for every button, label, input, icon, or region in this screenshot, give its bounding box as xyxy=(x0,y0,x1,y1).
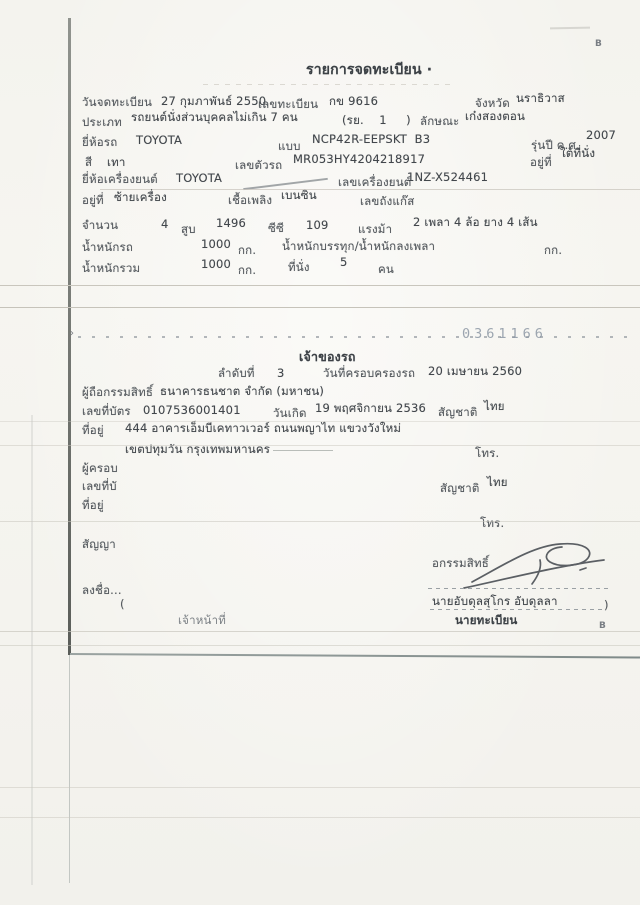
faint-rule-address xyxy=(0,421,640,422)
engine-brand-label: ยี่ห้อเครื่องยนต์ xyxy=(82,172,158,186)
possessor-nationality-value: ไทย xyxy=(487,475,508,489)
address-dash-mark xyxy=(273,450,333,451)
bottom-rule-1 xyxy=(0,631,640,632)
possession-date-value: 20 เมษายน 2560 xyxy=(428,364,522,378)
fuel-label: เชื้อเพลิง xyxy=(228,193,272,207)
seat-label: ที่นั่ง xyxy=(288,260,310,274)
type-value: รถยนต์นั่งส่วนบุคคลไม่เกิน 7 คน xyxy=(131,110,298,124)
chassis-location-label: อยู่ที่ xyxy=(530,155,552,169)
scan-edge-vertical-line-faint xyxy=(69,655,70,883)
plate-value: กข 9616 xyxy=(329,94,378,108)
card-number-label: เลขที่บัตร xyxy=(82,404,131,418)
possessor-telephone-label: โทร. xyxy=(480,516,504,530)
registrar-name-underline xyxy=(430,609,602,610)
paper-fold-edge xyxy=(70,653,640,658)
engine-number-value: 1NZ-X524461 xyxy=(407,170,488,184)
rule-under-engine-row xyxy=(100,189,640,190)
chassis-value: MR053HY4204218917 xyxy=(293,152,425,166)
page-title: รายการจดทะเบียน · xyxy=(306,62,432,80)
owner-section-title: เจ้าของรถ xyxy=(299,349,356,365)
scanned-registration-document: B รายการจดทะเบียน · วันจดทะเบียน 27 กุมภ… xyxy=(0,0,640,905)
perforation-line xyxy=(78,336,638,338)
load-weight-unit: กก. xyxy=(544,243,562,257)
scan-smudge-top-right xyxy=(550,27,590,30)
vehicle-weight-value: 1000 xyxy=(201,237,231,251)
engine-brand-value: TOYOTA xyxy=(176,171,222,185)
perforation-hook: › xyxy=(70,328,74,341)
body-style-label: ลักษณะ xyxy=(420,114,459,128)
engine-location-value: ซ้ายเครื่อง xyxy=(114,190,167,204)
ownership-holder-value: ธนาคารธนชาต จำกัด (มหาชน) xyxy=(160,384,324,398)
page-mark-top: B xyxy=(595,39,602,49)
gross-weight-label: น้ำหนักรวม xyxy=(82,261,140,275)
chassis-label: เลขตัวรถ xyxy=(235,158,282,172)
province-value: นราธิวาส xyxy=(516,91,565,105)
bottom-rule-2 xyxy=(0,645,640,646)
nationality-label: สัญชาติ xyxy=(438,405,478,419)
document-number: 0361166 xyxy=(462,326,547,342)
type-label: ประเภท xyxy=(82,115,122,129)
divider-line-2 xyxy=(0,307,640,308)
ownership-holder-label: ผู้ถือกรรมสิทธิ์ xyxy=(82,385,153,399)
engine-number-label: เลขเครื่องยนต์ xyxy=(338,175,411,189)
reg-date-label: วันจดทะเบียน xyxy=(82,95,152,109)
faint-rule-telephone xyxy=(0,521,640,522)
sequence-value: 3 xyxy=(277,366,285,380)
registrar-name: นายอับดุลสุโกร อับดุลลา xyxy=(432,594,558,608)
nationality-value: ไทย xyxy=(484,399,505,413)
bottom-rule-3 xyxy=(0,787,640,788)
horsepower-value: 109 xyxy=(306,218,329,232)
cc-value: 1496 xyxy=(216,216,246,230)
engine-location-label: อยู่ที่ xyxy=(82,193,104,207)
possessor-address-label: ที่อยู่ xyxy=(82,498,104,512)
gross-weight-value: 1000 xyxy=(201,257,231,271)
signature-line xyxy=(428,588,612,589)
vehicle-weight-label: น้ำหนักรถ xyxy=(82,240,133,254)
right-paren: ) xyxy=(604,598,609,612)
cc-unit: ซีซี xyxy=(268,221,284,235)
scan-outer-shadow-line xyxy=(31,415,33,885)
address-label: ที่อยู่ xyxy=(82,423,104,437)
birth-date-label: วันเกิด xyxy=(273,406,307,420)
telephone-label: โทร. xyxy=(475,446,499,460)
officer-caption: เจ้าหน้าที่ xyxy=(178,613,226,627)
model-year-value: 2007 xyxy=(586,128,616,142)
fuel-value: เบนซิน xyxy=(281,188,317,202)
possession-date-label: วันที่ครอบครองรถ xyxy=(323,366,415,380)
load-weight-label: น้ำหนักบรรทุก/น้ำหนักลงเพลา xyxy=(282,239,435,253)
bottom-rule-4 xyxy=(0,817,640,818)
horsepower-unit: แรงม้า xyxy=(358,222,392,236)
reg-date-value: 27 กุมภาพันธ์ 2550 xyxy=(161,94,266,108)
possessor-card-label: เลขที่บั xyxy=(82,479,117,493)
brand-label: ยี่ห้อรถ xyxy=(82,135,117,149)
possessor-label: ผู้ครอบ xyxy=(82,461,118,475)
gross-weight-unit: กก. xyxy=(238,263,256,277)
sequence-label: ลำดับที่ xyxy=(218,366,255,380)
gas-tank-label: เลขถังแก๊ส xyxy=(360,194,414,208)
divider-line-1 xyxy=(0,285,640,286)
left-paren: ( xyxy=(120,597,125,611)
faint-rule-district xyxy=(0,445,640,446)
body-style-value: เก๋งสองตอน xyxy=(465,109,525,123)
registrar-title: นายทะเบียน xyxy=(455,613,517,627)
cylinder-label: จำนวน xyxy=(82,218,118,232)
possessor-nationality-label: สัญชาติ xyxy=(440,481,480,495)
page-mark-bottom: B xyxy=(598,621,607,631)
title-underline xyxy=(203,84,455,85)
vehicle-weight-unit: กก. xyxy=(238,243,256,257)
birth-date-value: 19 พฤศจิกายน 2536 xyxy=(315,401,426,415)
chassis-location-value: ใต้ที่นั่ง xyxy=(560,146,595,160)
contract-label: สัญญา xyxy=(82,537,116,551)
seat-value: 5 xyxy=(340,255,348,269)
cylinder-unit: สูบ xyxy=(181,222,196,236)
color-value: เทา xyxy=(107,155,126,169)
brand-value: TOYOTA xyxy=(136,133,182,147)
cylinder-value: 4 xyxy=(161,217,169,231)
color-label: สี xyxy=(85,155,92,169)
model-value: NCP42R-EEPSKT B3 xyxy=(312,132,430,146)
axle-wheel-tyre-value: 2 เพลา 4 ล้อ ยาง 4 เส้น xyxy=(413,215,538,229)
address-line1: 444 อาคารเอ็มบีเคทาวเวอร์ ถนนพญาไท แขวงว… xyxy=(125,421,401,435)
registrar-signature xyxy=(462,536,612,594)
seat-unit: คน xyxy=(378,262,394,276)
type-code-value: (รย. 1 ) xyxy=(342,113,411,127)
sign-here-label: ลงชื่อ... xyxy=(82,583,122,597)
card-number-value: 0107536001401 xyxy=(143,403,241,417)
